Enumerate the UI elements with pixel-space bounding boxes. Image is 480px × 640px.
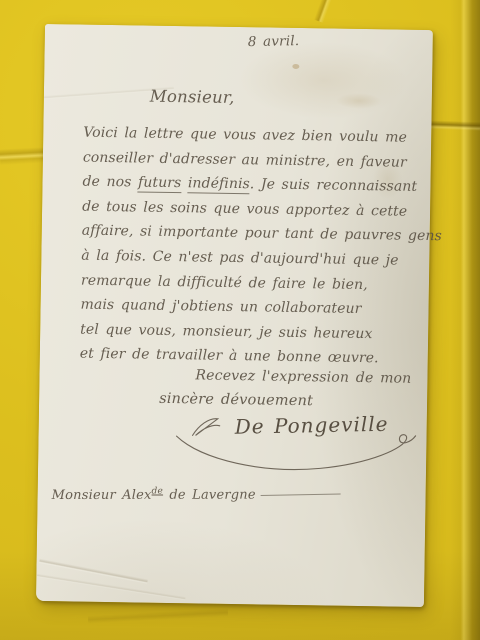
paper-stain <box>292 64 299 69</box>
closing-line: sincère dévouement <box>159 391 313 409</box>
underlined-word: futurs <box>138 175 182 194</box>
background-crease <box>88 608 228 623</box>
background-edge-shadow <box>450 0 480 640</box>
paper-crease <box>37 574 186 601</box>
recipient-underline <box>261 494 341 497</box>
body-text: . Je suis reconnaissant <box>250 176 418 195</box>
recipient-text: Monsieur Alex <box>52 488 152 503</box>
letter-paper: 8 avril. Monsieur, Voici la lettre que v… <box>36 24 433 607</box>
closing-line: Recevez l'expression de mon <box>195 367 411 386</box>
recipient-line: Monsieur Alexde de Lavergne <box>52 486 341 503</box>
recipient-text: de Lavergne <box>163 488 256 503</box>
background-crease <box>314 0 332 23</box>
letter-salutation: Monsieur, <box>150 87 235 107</box>
signature-flourish-icon <box>168 428 421 482</box>
letter-date: 8 avril. <box>248 33 300 50</box>
recipient-superscript: de <box>152 486 164 496</box>
background-crease <box>0 147 46 165</box>
underlined-word: indéfinis <box>188 175 250 194</box>
letter-body: Voici la lettre que vous avez bien voulu… <box>80 121 444 373</box>
body-text: de nos <box>82 174 138 191</box>
paper-stain <box>336 93 382 110</box>
photo-background: 8 avril. Monsieur, Voici la lettre que v… <box>0 0 480 640</box>
